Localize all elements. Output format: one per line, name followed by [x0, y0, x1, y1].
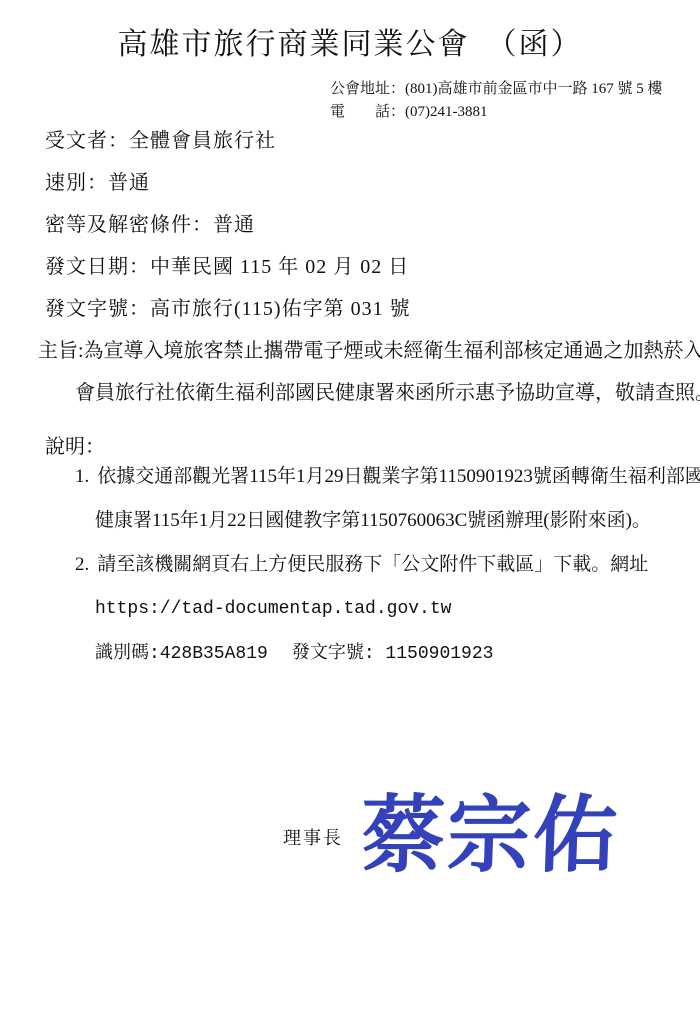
list-item-1-text: 依據交通部觀光署115年1月29日觀業字第1150901923號函轉衛生福利部國…: [97, 466, 700, 487]
letter-meta-fields: 受文者：全體會員旅行社 速別：普通 密等及解密條件：普通 發文日期：中華民國 1…: [45, 130, 700, 320]
security-class-field: 密等及解密條件：普通: [45, 214, 700, 236]
identifier-row: 識別碼:428B35A819發文字號: 1150901923: [95, 642, 700, 665]
explanation-heading: 說明：: [45, 436, 700, 458]
recipient-field: 受文者：全體會員旅行社: [45, 130, 700, 152]
list-item-2-number: 2.: [75, 554, 89, 576]
list-item-1-line-2: 健康署115年1月22日國健教字第1150760063C號函辦理(影附來函)。: [95, 510, 700, 532]
chairman-title-label: 理事長: [283, 824, 343, 850]
list-item-1-line-1: 1.依據交通部觀光署115年1月29日觀業字第1150901923號函轉衛生福利…: [75, 466, 700, 488]
list-item-2-text: 請至該機關網頁右上方便民服務下「公文附件下載區」下載。網址: [97, 554, 648, 575]
official-letter-page: 高雄市旅行商業同業公會 （函） 公會地址：(801)高雄市前金區市中一路 167…: [0, 0, 700, 1024]
association-address: 公會地址：(801)高雄市前金區市中一路 167 號 5 樓: [330, 78, 700, 101]
issue-date-field: 發文日期：中華民國 115 年 02 月 02 日: [45, 256, 700, 278]
page-title: 高雄市旅行商業同業公會 （函）: [0, 0, 700, 64]
list-item-1-number: 1.: [75, 466, 89, 488]
association-phone: 電 話：(07)241-3881: [330, 101, 700, 124]
subject-line-1: 主旨:為宣導入境旅客禁止攜帶電子煙或未經衛生福利部核定通過之加熱菸入境，請: [38, 340, 700, 362]
signature-block: 理事長 蔡宗佑: [283, 782, 619, 891]
ref-doc-number: 發文字號: 1150901923: [292, 643, 494, 665]
subject-section: 主旨:為宣導入境旅客禁止攜帶電子煙或未經衛生福利部核定通過之加熱菸入境，請 會員…: [38, 340, 700, 404]
speed-class-field: 速別：普通: [45, 172, 700, 194]
subject-line-2: 會員旅行社依衛生福利部國民健康署來函所示惠予協助宣導，敬請查照。: [75, 382, 700, 404]
list-item-2-line-1: 2.請至該機關網頁右上方便民服務下「公文附件下載區」下載。網址: [75, 554, 700, 576]
association-contact-block: 公會地址：(801)高雄市前金區市中一路 167 號 5 樓 電 話：(07)2…: [330, 78, 700, 124]
doc-number-field: 發文字號：高市旅行(115)佑字第 031 號: [45, 298, 700, 320]
chairman-signature: 蔡宗佑: [359, 782, 621, 891]
identifier-code: 識別碼:428B35A819: [95, 642, 268, 663]
download-url: https://tad-documentap.tad.gov.tw: [95, 598, 700, 620]
explanation-list: 1.依據交通部觀光署115年1月29日觀業字第1150901923號函轉衛生福利…: [75, 466, 700, 665]
